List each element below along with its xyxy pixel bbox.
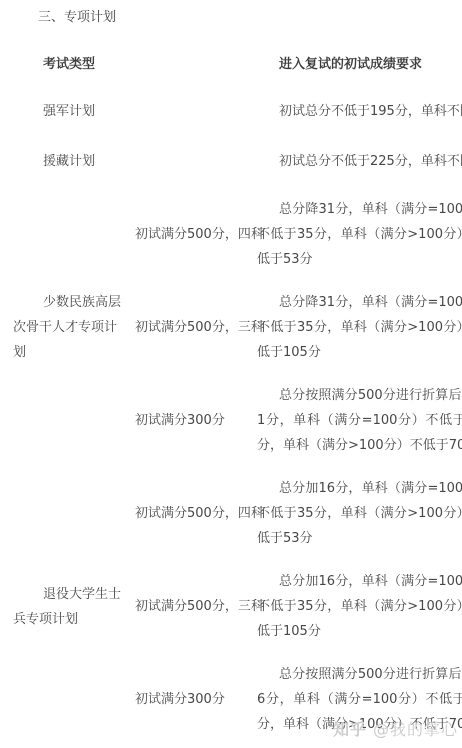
cell-score-basis: 初试满分500分，四科	[123, 188, 257, 281]
cell-requirement: 总分按照满分500分进行折算后降31分，单科（满分=100分）不低于35分，单科…	[257, 374, 462, 467]
table-row: 强军计划 初试总分不低于195分，单科不限	[0, 88, 462, 135]
column-header-exam-type: 考试类型	[0, 40, 123, 88]
cell-requirement: 总分加16分，单科（满分=100分）不低于35分，单科（满分>100分）不低于5…	[257, 467, 462, 560]
cell-score-basis: 初试满分500分，三科	[123, 560, 257, 653]
cell-score-basis: 初试满分500分，四科	[123, 467, 257, 560]
table-row: 初试满分500分，四科 总分降31分，单科（满分=100分）不低于35分，单科（…	[0, 188, 462, 281]
table-row: 初试满分300分 总分按照满分500分进行折算后降31分，单科（满分=100分）…	[0, 374, 462, 467]
cell-score-basis: 初试满分300分	[123, 653, 257, 746]
cell-plan-name: 强军计划	[0, 88, 123, 135]
cell-requirement: 总分加16分，单科（满分=100分）不低于35分，单科（满分>100分）不低于1…	[257, 560, 462, 653]
cell-score-basis: 初试满分500分，三科	[123, 281, 257, 374]
cell-score-basis	[123, 135, 257, 188]
cell-plan-name: 援藏计划	[0, 135, 123, 188]
special-programs-table: 考试类型 进入复试的初试成绩要求 强军计划 初试总分不低于195分，单科不限 援…	[0, 40, 462, 746]
cell-plan-name	[0, 374, 123, 467]
table-row: 初试满分500分，四科 总分加16分，单科（满分=100分）不低于35分，单科（…	[0, 467, 462, 560]
column-header-requirement: 进入复试的初试成绩要求	[257, 40, 462, 88]
table-row: 退役大学生士兵专项计划 初试满分500分，三科 总分加16分，单科（满分=100…	[0, 560, 462, 653]
cell-requirement: 初试总分不低于225分，单科不限	[257, 135, 462, 188]
table-row: 援藏计划 初试总分不低于225分，单科不限	[0, 135, 462, 188]
cell-score-basis	[123, 88, 257, 135]
table-row: 少数民族高层次骨干人才专项计划 初试满分500分，三科 总分降31分，单科（满分…	[0, 281, 462, 374]
zhihu-watermark: 知乎@我的掌心	[333, 722, 458, 738]
cell-score-basis: 初试满分300分	[123, 374, 257, 467]
table-header-row: 考试类型 进入复试的初试成绩要求	[0, 40, 462, 88]
cell-requirement: 总分降31分，单科（满分=100分）不低于35分，单科（满分>100分）不低于5…	[257, 188, 462, 281]
cell-plan-name	[0, 467, 123, 560]
cell-plan-name: 少数民族高层次骨干人才专项计划	[0, 281, 123, 374]
cell-requirement: 初试总分不低于195分，单科不限	[257, 88, 462, 135]
cell-plan-name: 退役大学生士兵专项计划	[0, 560, 123, 653]
zhihu-logo-text: 知乎	[333, 720, 367, 739]
cell-plan-name	[0, 653, 123, 746]
section-heading: 三、专项计划	[38, 9, 116, 26]
watermark-username: @我的掌心	[373, 720, 458, 739]
cell-plan-name	[0, 188, 123, 281]
document-page: 三、专项计划 考试类型 进入复试的初试成绩要求 强军计划 初试总分不低于195分…	[0, 0, 462, 748]
column-header-spacer	[123, 40, 257, 88]
cell-requirement: 总分降31分，单科（满分=100分）不低于35分，单科（满分>100分）不低于1…	[257, 281, 462, 374]
